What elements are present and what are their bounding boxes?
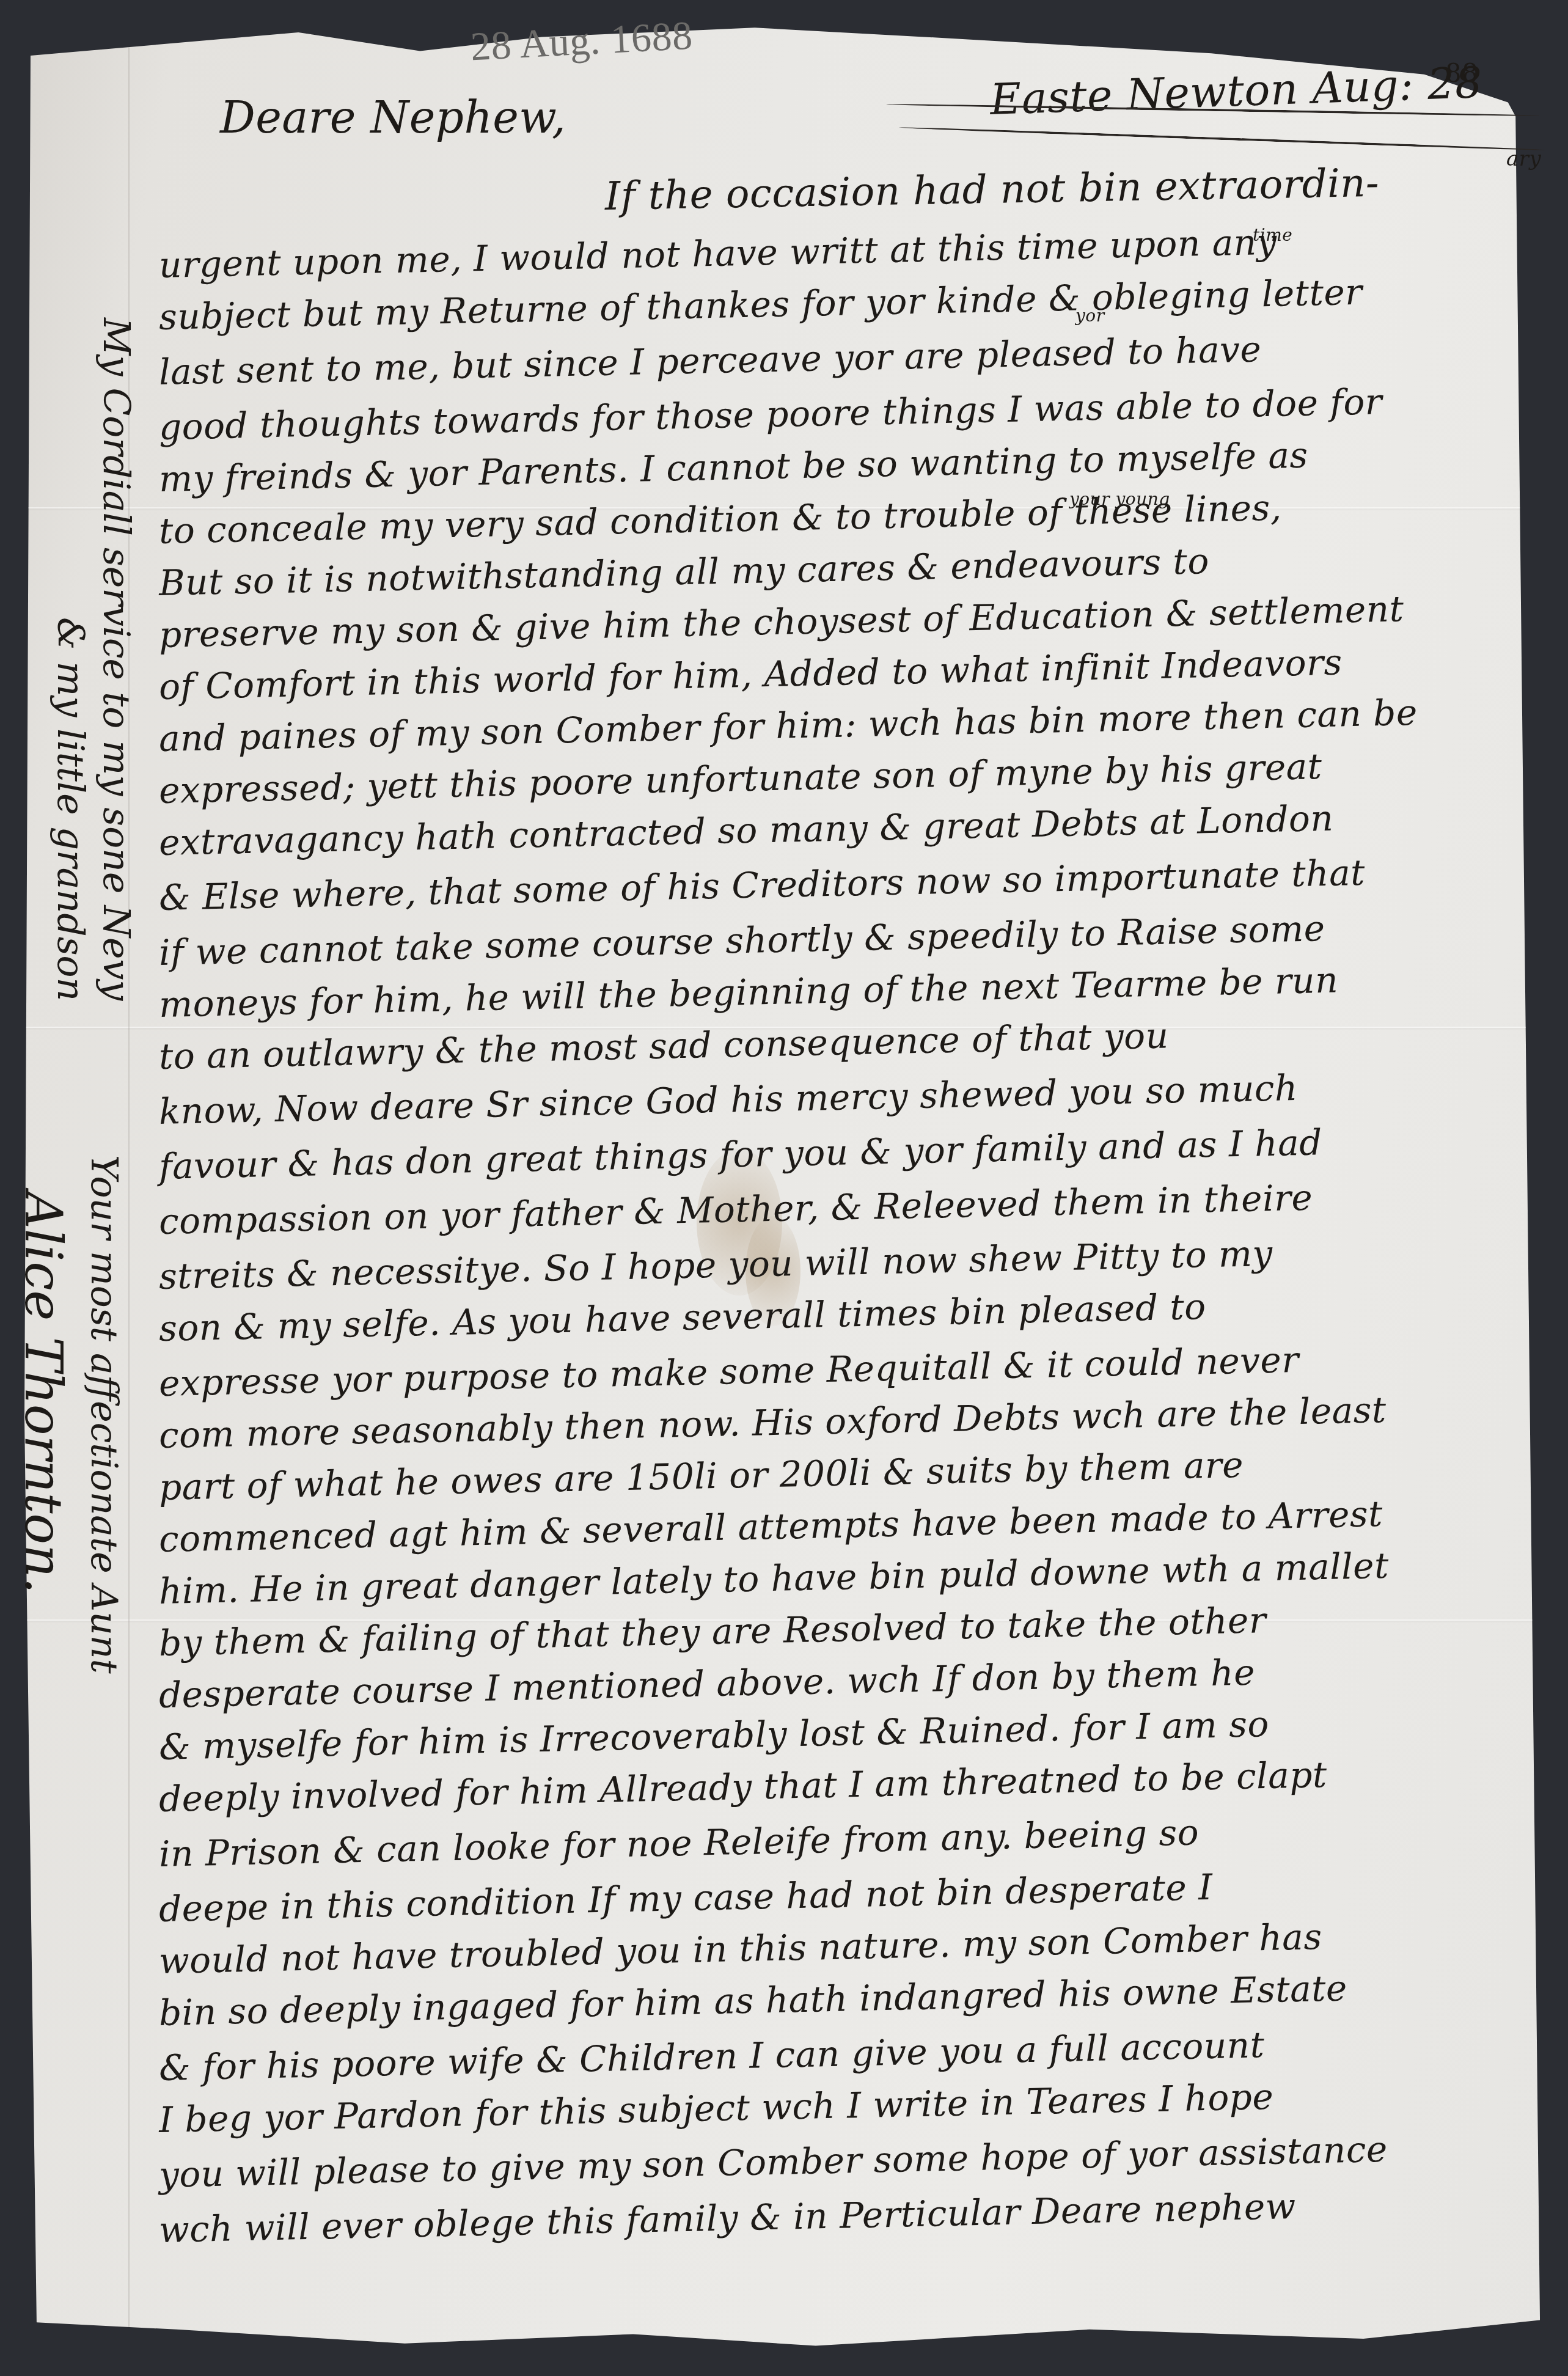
signature: Alice Thornton. — [13, 1192, 73, 1594]
margin-postscript-line2: & my little grandson — [49, 617, 92, 1001]
salutation: Deare Nephew, — [220, 92, 566, 143]
margin-postscript: My Cordiall service to my sone Nevy — [95, 318, 137, 1000]
insertion: ary — [1506, 147, 1541, 171]
closing: Your most affectionate Aunt — [82, 1155, 125, 1674]
